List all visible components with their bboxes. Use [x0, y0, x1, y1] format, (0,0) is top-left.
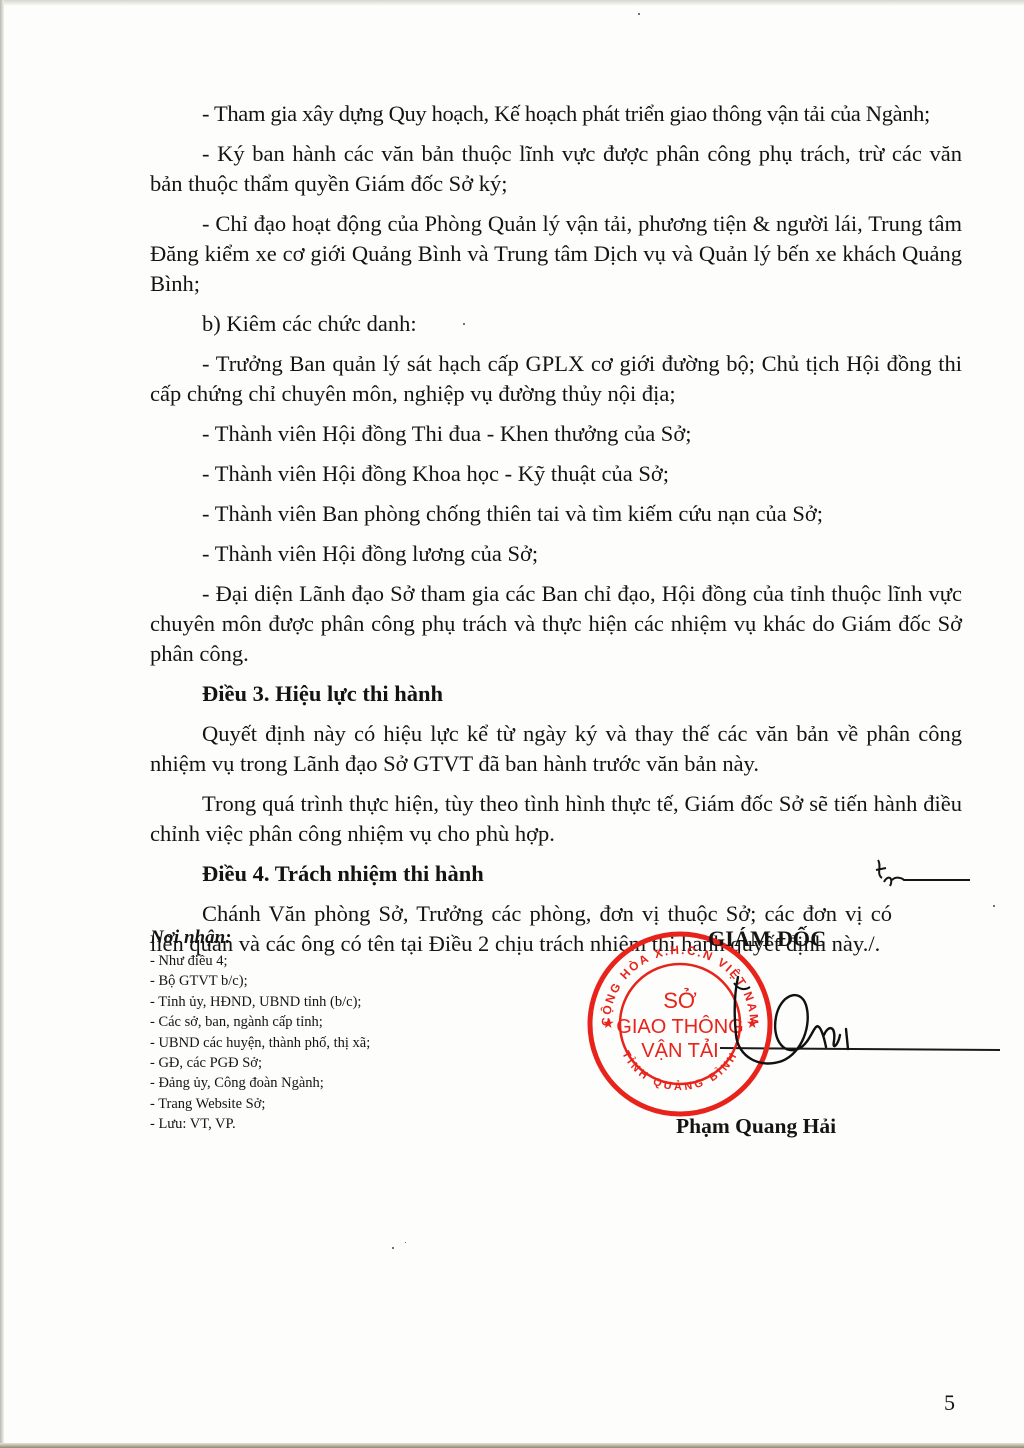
signer-title: GIÁM ĐỐC — [708, 926, 826, 952]
svg-text:VẬN TẢI: VẬN TẢI — [641, 1039, 718, 1062]
paragraph: - Chỉ đạo hoạt động của Phòng Quản lý vậ… — [150, 209, 962, 299]
paragraph: - Thành viên Hội đồng lương của Sở; — [150, 539, 962, 569]
page-number: 5 — [944, 1390, 955, 1416]
paragraph: - Ký ban hành các văn bản thuộc lĩnh vực… — [150, 139, 962, 199]
recipient-item: - Bộ GTVT b/c); — [150, 971, 480, 991]
recipient-item: - Như điều 4; — [150, 951, 480, 971]
paragraph: - Đại diện Lãnh đạo Sở tham gia các Ban … — [150, 579, 962, 669]
paragraph: Trong quá trình thực hiện, tùy theo tình… — [150, 789, 962, 849]
page-edge-bottom — [0, 1443, 1024, 1448]
recipient-item: - Lưu: VT, VP. — [150, 1114, 480, 1134]
paragraph: - Tham gia xây dựng Quy hoạch, Kế hoạch … — [150, 99, 962, 129]
paragraph: - Thành viên Ban phòng chống thiên tai v… — [150, 499, 962, 529]
scan-speck — [392, 1247, 394, 1249]
scan-speck — [993, 905, 995, 907]
subsection-label: b) Kiêm các chức danh: — [150, 309, 962, 339]
recipient-item: - Trang Website Sở; — [150, 1094, 480, 1114]
recipient-item: - GĐ, các PGĐ Sở; — [150, 1053, 480, 1073]
article-3-heading: Điều 3. Hiệu lực thi hành — [150, 679, 962, 709]
svg-text:★: ★ — [602, 1016, 615, 1032]
scan-speck — [638, 13, 640, 15]
recipient-item: - Các sở, ban, ngành cấp tỉnh; — [150, 1012, 480, 1032]
recipients-title: Nơi nhận: — [150, 926, 480, 950]
page-edge-top — [0, 0, 1024, 6]
svg-text:SỞ: SỞ — [663, 988, 697, 1013]
paragraph: - Trưởng Ban quản lý sát hạch cấp GPLX c… — [150, 349, 962, 409]
handwritten-signature-icon — [720, 965, 890, 1085]
scan-speck — [405, 1242, 406, 1243]
paragraph: - Thành viên Hội đồng Thi đua - Khen thư… — [150, 419, 962, 449]
recipients-block: Nơi nhận: - Như điều 4; - Bộ GTVT b/c); … — [150, 926, 480, 1135]
recipient-item: - Tỉnh ủy, HĐND, UBND tỉnh (b/c); — [150, 992, 480, 1012]
handwritten-initial-icon — [872, 856, 972, 892]
paragraph: - Thành viên Hội đồng Khoa học - Kỹ thuậ… — [150, 459, 962, 489]
article-4-heading: Điều 4. Trách nhiệm thi hành — [150, 859, 962, 889]
page-edge-left — [0, 0, 4, 1448]
document-body: - Tham gia xây dựng Quy hoạch, Kế hoạch … — [150, 99, 962, 959]
recipient-item: - UBND các huyện, thành phố, thị xã; — [150, 1033, 480, 1053]
recipient-item: - Đảng ủy, Công đoàn Ngành; — [150, 1073, 480, 1093]
signature-block: CỘNG HÒA X.H.C.N VIỆT NAM TỈNH QUẢNG BÌN… — [580, 920, 980, 1150]
paragraph: Quyết định này có hiệu lực kể từ ngày ký… — [150, 719, 962, 779]
